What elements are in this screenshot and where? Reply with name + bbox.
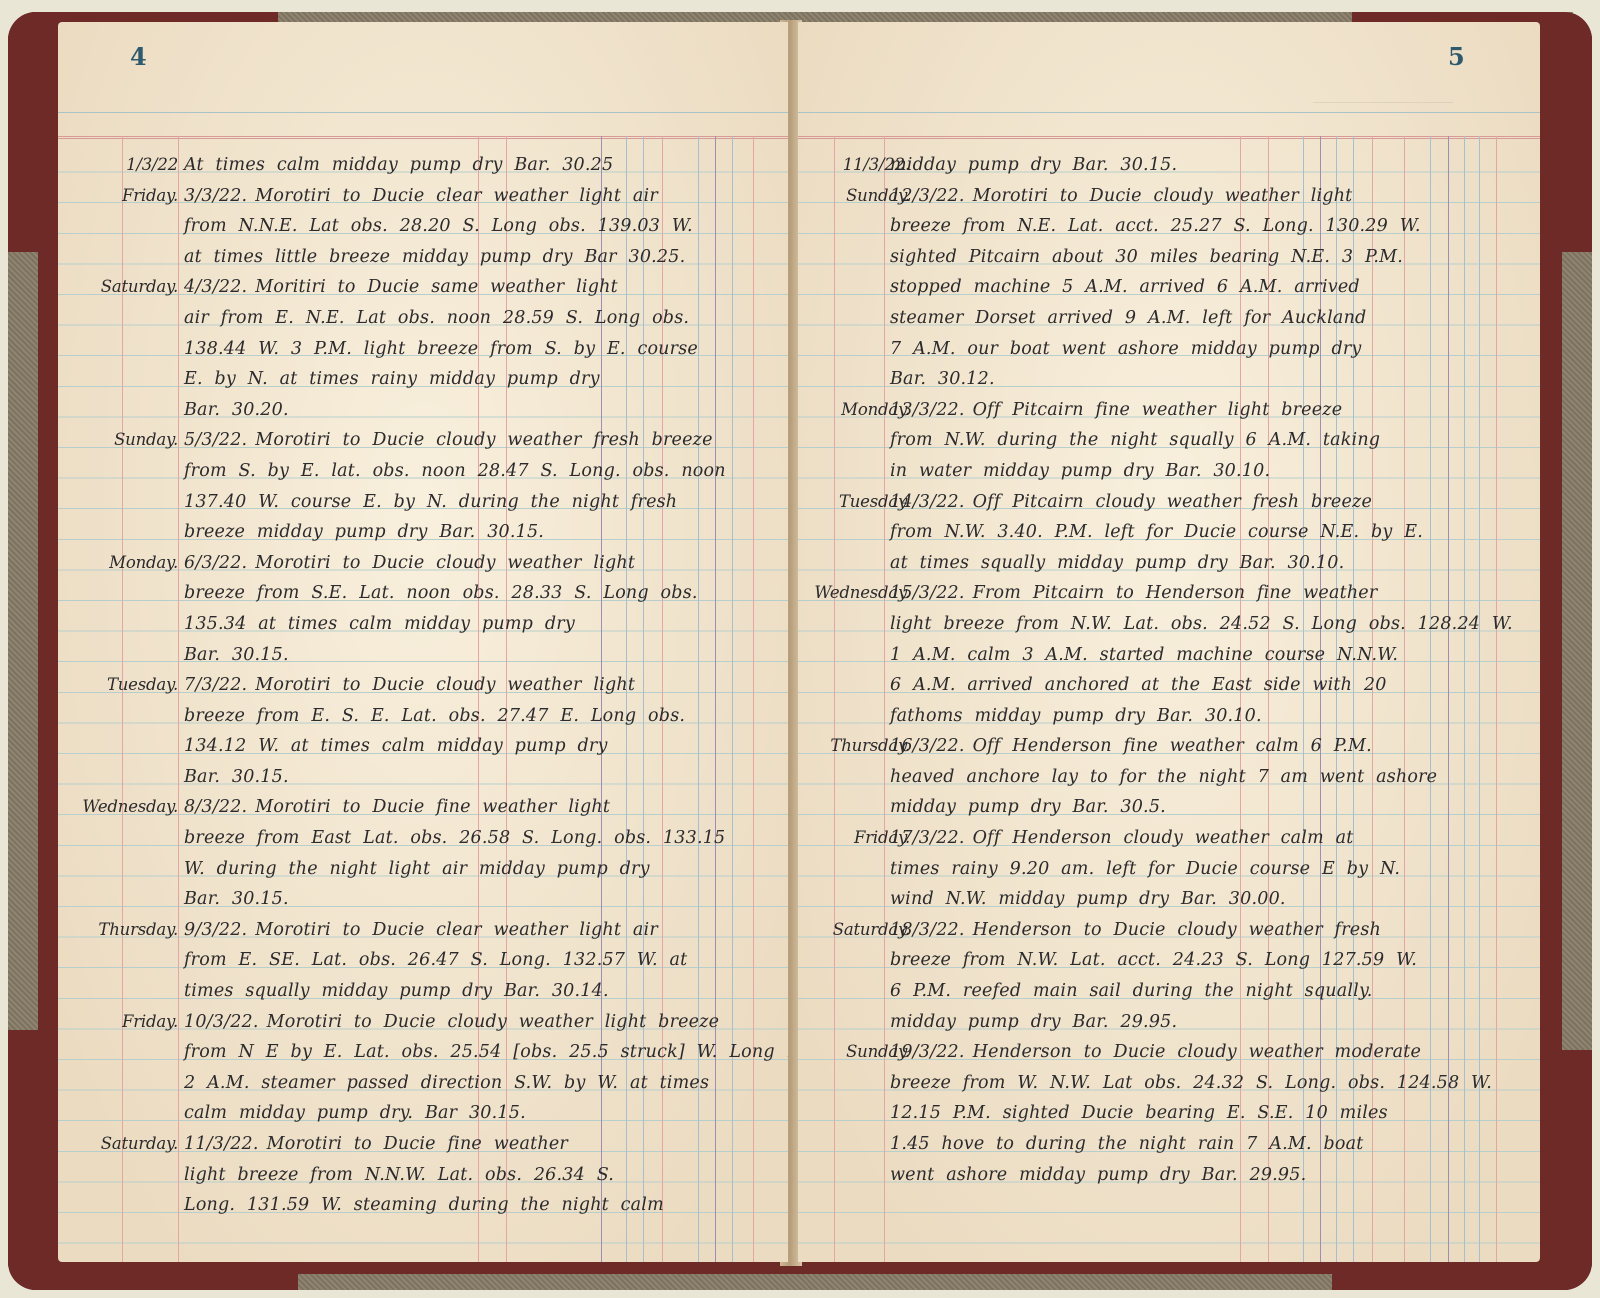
entry-line: midday pump dry Bar. 30.15.	[890, 150, 1530, 181]
entry-line: Bar. 30.12.	[890, 364, 1530, 395]
entry-date: 10/3/22.	[184, 1012, 259, 1032]
entry-line: Morotiri to Ducie cloudy weather light	[255, 675, 635, 695]
entry-line: in water midday pump dry Bar. 30.10.	[890, 456, 1530, 487]
entry-line: went ashore midday pump dry Bar. 29.95.	[890, 1160, 1530, 1191]
entry-line: 135.34 at times calm midday pump dry	[184, 609, 778, 640]
entry-day: Saturday.	[58, 1129, 178, 1160]
entry-line: breeze from E. S. E. Lat. obs. 27.47 E. …	[184, 701, 778, 732]
entry-line: 7 A.M. our boat went ashore midday pump …	[890, 334, 1530, 365]
log-entry: 1/3/22 At times calm midday pump dry Bar…	[58, 150, 788, 181]
entry-line: Bar. 30.15.	[184, 884, 778, 915]
entry-line: at times squally midday pump dry Bar. 30…	[890, 548, 1530, 579]
entry-day: Sunday.	[58, 425, 178, 456]
header-double-rule	[798, 136, 1540, 139]
entry-line: steamer Dorset arrived 9 A.M. left for A…	[890, 303, 1530, 334]
entry-line: Morotiri to Ducie clear weather light ai…	[255, 920, 658, 940]
entry-line: calm midday pump dry. Bar 30.15.	[184, 1098, 778, 1129]
entry-date: 8/3/22.	[184, 797, 247, 817]
entry-line: from N E by E. Lat. obs. 25.54 [obs. 25.…	[184, 1037, 778, 1068]
entry-date: 6/3/22.	[184, 553, 247, 573]
cloth-binding-right	[1562, 252, 1592, 1072]
entry-line: 1 A.M. calm 3 A.M. started machine cours…	[890, 640, 1530, 671]
entry-line: heaved anchore lay to for the night 7 am…	[890, 762, 1530, 793]
entry-line: 12.15 P.M. sighted Ducie bearing E. S.E.…	[890, 1098, 1530, 1129]
entry-date: 4/3/22.	[184, 277, 247, 297]
log-entry: Thursday. 16/3/22.Off Henderson fine wea…	[798, 731, 1540, 823]
entry-day: 11/3/22.	[798, 150, 910, 181]
entry-line: Off Pitcairn cloudy weather fresh breeze	[973, 492, 1372, 512]
right-page: 5 11/3/22. midday pump dry Bar. 30.15. S…	[798, 22, 1540, 1262]
entry-line: 2 A.M. steamer passed direction S.W. by …	[184, 1068, 778, 1099]
log-entry: Wednesday. 8/3/22.Morotiri to Ducie fine…	[58, 792, 788, 914]
pencil-sketch-mark	[1313, 42, 1464, 103]
entry-line: breeze midday pump dry Bar. 30.15.	[184, 517, 778, 548]
entry-day: Friday.	[798, 823, 910, 854]
entry-line: from N.N.E. Lat obs. 28.20 S. Long obs. …	[184, 211, 778, 242]
entry-line: from S. by E. lat. obs. noon 28.47 S. Lo…	[184, 456, 778, 487]
entry-line: breeze from N.W. Lat. acct. 24.23 S. Lon…	[890, 945, 1530, 976]
left-page: 4 1/3/22 At times calm midday pump dry B…	[58, 22, 788, 1262]
log-entry: Tuesday. 14/3/22.Off Pitcairn cloudy wea…	[798, 487, 1540, 579]
entry-line: Bar. 30.20.	[184, 395, 778, 426]
entry-line: Moritiri to Ducie same weather light	[255, 277, 618, 297]
cloth-binding-bottom-left	[288, 1274, 808, 1290]
entry-line: wind N.W. midday pump dry Bar. 30.00.	[890, 884, 1530, 915]
log-entry: Monday. 13/3/22.Off Pitcairn fine weathe…	[798, 395, 1540, 487]
entry-line: Morotiri to Ducie cloudy weather light	[973, 186, 1353, 206]
entry-day: Wednesday.	[58, 792, 178, 823]
entry-line: Bar. 30.15.	[184, 762, 778, 793]
entry-line: at times little breeze midday pump dry B…	[184, 242, 778, 273]
entry-date: 5/3/22.	[184, 430, 247, 450]
log-entry: Friday. 3/3/22.Morotiri to Ducie clear w…	[58, 181, 788, 273]
entry-line: Morotiri to Ducie clear weather light ai…	[255, 186, 658, 206]
entry-line: W. during the night light air midday pum…	[184, 854, 778, 885]
entry-line: Morotiri to Ducie fine weather light	[255, 797, 610, 817]
entry-line: Off Pitcairn fine weather light breeze	[973, 400, 1343, 420]
log-entry: Sunday. 19/3/22.Henderson to Ducie cloud…	[798, 1037, 1540, 1190]
log-entry: 11/3/22. midday pump dry Bar. 30.15.	[798, 150, 1540, 181]
entry-line: E. by N. at times rainy midday pump dry	[184, 364, 778, 395]
log-entry: Sunday. 12/3/22.Morotiri to Ducie cloudy…	[798, 181, 1540, 395]
entry-line: fathoms midday pump dry Bar. 30.10.	[890, 701, 1530, 732]
log-entry: Friday. 10/3/22.Morotiri to Ducie cloudy…	[58, 1007, 788, 1129]
entry-day: Thursday.	[798, 731, 910, 762]
entry-line: Morotiri to Ducie fine weather	[267, 1134, 568, 1154]
log-entry: Monday. 6/3/22.Morotiri to Ducie cloudy …	[58, 548, 788, 670]
entry-line: Morotiri to Ducie cloudy weather light	[255, 553, 635, 573]
log-entries: 1/3/22 At times calm midday pump dry Bar…	[58, 150, 788, 1221]
entry-line: Off Henderson fine weather calm 6 P.M.	[973, 736, 1372, 756]
log-entry: Tuesday. 7/3/22.Morotiri to Ducie cloudy…	[58, 670, 788, 792]
entry-day: Tuesday.	[58, 670, 178, 701]
entry-line: breeze from N.E. Lat. acct. 25.27 S. Lon…	[890, 211, 1530, 242]
cloth-binding-left	[8, 252, 38, 1032]
entry-line: Off Henderson cloudy weather calm at	[973, 828, 1354, 848]
log-entry: Wednesday. 15/3/22.From Pitcairn to Hend…	[798, 578, 1540, 731]
entry-date: 7/3/22.	[184, 675, 247, 695]
entry-day: Tuesday.	[798, 487, 910, 518]
log-entry: Friday. 17/3/22.Off Henderson cloudy wea…	[798, 823, 1540, 915]
entry-line: midday pump dry Bar. 29.95.	[890, 1007, 1530, 1038]
log-entry: Saturday. 4/3/22.Moritiri to Ducie same …	[58, 272, 788, 425]
header-double-rule	[58, 136, 788, 139]
entry-line: 138.44 W. 3 P.M. light breeze from S. by…	[184, 334, 778, 365]
entry-line: 1.45 hove to during the night rain 7 A.M…	[890, 1129, 1530, 1160]
entry-line: from E. SE. Lat. obs. 26.47 S. Long. 132…	[184, 945, 778, 976]
entry-line: From Pitcairn to Henderson fine weather	[973, 583, 1378, 603]
entry-line: light breeze from N.N.W. Lat. obs. 26.34…	[184, 1160, 778, 1191]
entry-line: from N.W. during the night squally 6 A.M…	[890, 425, 1530, 456]
entry-line: breeze from East Lat. obs. 26.58 S. Long…	[184, 823, 778, 854]
header-rule	[798, 112, 1540, 113]
entry-line: midday pump dry Bar. 30.5.	[890, 792, 1530, 823]
entry-day: Monday.	[58, 548, 178, 579]
page-number: 4	[130, 42, 147, 71]
entry-line: breeze from W. N.W. Lat obs. 24.32 S. Lo…	[890, 1068, 1530, 1099]
entry-date: 3/3/22.	[184, 186, 247, 206]
entry-line: 6 A.M. arrived anchored at the East side…	[890, 670, 1530, 701]
entry-day: Saturday.	[58, 272, 178, 303]
entry-day: Friday.	[58, 181, 178, 212]
entry-line: air from E. N.E. Lat obs. noon 28.59 S. …	[184, 303, 778, 334]
entry-line: light breeze from N.W. Lat. obs. 24.52 S…	[890, 609, 1530, 640]
entry-line: stopped machine 5 A.M. arrived 6 A.M. ar…	[890, 272, 1530, 303]
cloth-binding-bottom-right	[808, 1274, 1368, 1290]
entry-day: Wednesday.	[798, 578, 910, 609]
entry-line: 137.40 W. course E. by N. during the nig…	[184, 487, 778, 518]
entry-day: 1/3/22	[58, 150, 178, 181]
log-entry: Sunday. 5/3/22.Morotiri to Ducie cloudy …	[58, 425, 788, 547]
entry-day: Sunday.	[798, 1037, 910, 1068]
entry-date: 11/3/22.	[184, 1134, 259, 1154]
entry-day: Monday.	[798, 395, 910, 426]
entry-line: breeze from S.E. Lat. noon obs. 28.33 S.…	[184, 578, 778, 609]
entry-line: 6 P.M. reefed main sail during the night…	[890, 976, 1530, 1007]
log-entry: Saturday. 18/3/22.Henderson to Ducie clo…	[798, 915, 1540, 1037]
entry-line: times rainy 9.20 am. left for Ducie cour…	[890, 854, 1530, 885]
entry-day: Saturday.	[798, 915, 910, 946]
log-entry: Thursday. 9/3/22.Morotiri to Ducie clear…	[58, 915, 788, 1007]
entry-line: Henderson to Ducie cloudy weather fresh	[973, 920, 1381, 940]
log-entries: 11/3/22. midday pump dry Bar. 30.15. Sun…	[798, 150, 1540, 1190]
entry-day: Friday.	[58, 1007, 178, 1038]
entry-line: Henderson to Ducie cloudy weather modera…	[973, 1042, 1421, 1062]
entry-line: Long. 131.59 W. steaming during the nigh…	[184, 1190, 778, 1221]
entry-line: sighted Pitcairn about 30 miles bearing …	[890, 242, 1530, 273]
entry-line: At times calm midday pump dry Bar. 30.25	[184, 150, 778, 181]
log-entry: Saturday. 11/3/22.Morotiri to Ducie fine…	[58, 1129, 788, 1221]
entry-day: Sunday.	[798, 181, 910, 212]
entry-line: Morotiri to Ducie cloudy weather light b…	[267, 1012, 720, 1032]
entry-day: Thursday.	[58, 915, 178, 946]
entry-line: times squally midday pump dry Bar. 30.14…	[184, 976, 778, 1007]
header-rule	[58, 112, 788, 113]
entry-line: 134.12 W. at times calm midday pump dry	[184, 731, 778, 762]
entry-line: from N.W. 3.40. P.M. left for Ducie cour…	[890, 517, 1530, 548]
entry-date: 9/3/22.	[184, 920, 247, 940]
entry-line: Morotiri to Ducie cloudy weather fresh b…	[255, 430, 712, 450]
entry-line: Bar. 30.15.	[184, 640, 778, 671]
